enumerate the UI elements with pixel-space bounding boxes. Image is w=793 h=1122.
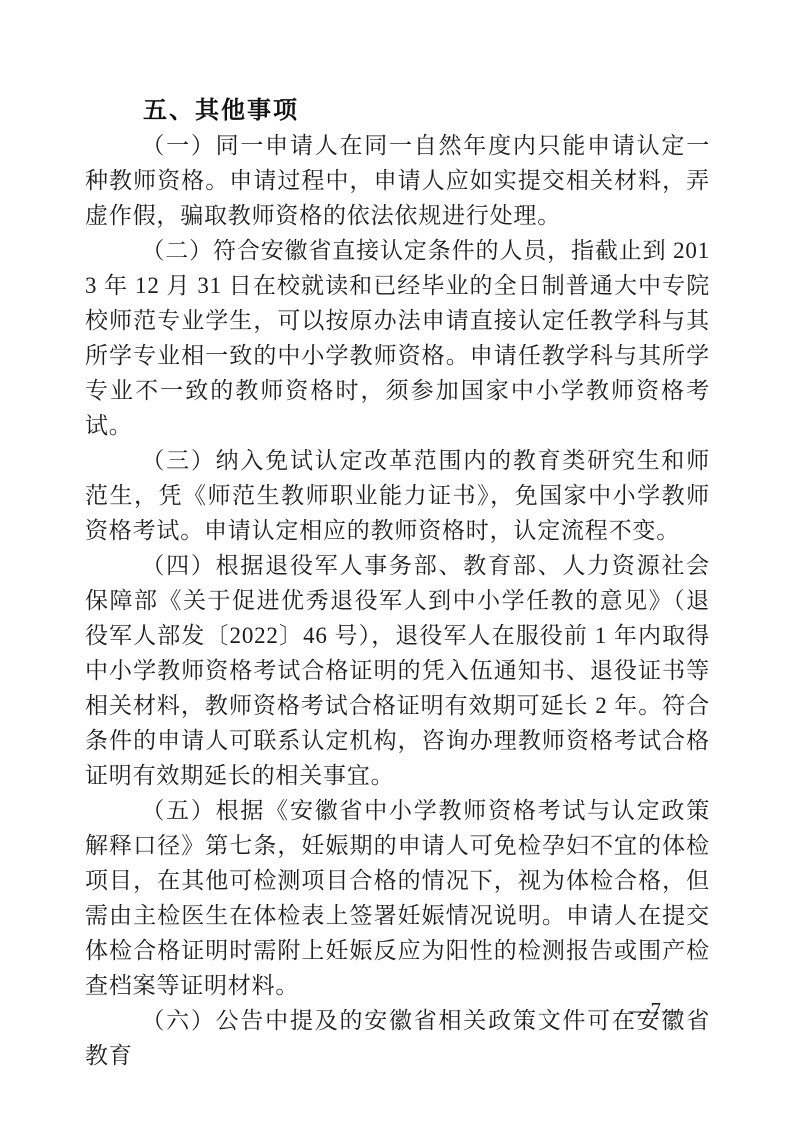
paragraph-item-5: （五）根据《安徽省中小学教师资格考试与认定政策解释口径》第七条，妊娠期的申请人可… [85, 793, 710, 1003]
page-number: —7— [629, 995, 685, 1025]
document-body: 五、其他事项 （一）同一申请人在同一自然年度内只能申请认定一种教师资格。申请过程… [85, 93, 710, 1073]
paragraph-item-4: （四）根据退役军人事务部、教育部、人力资源社会保障部《关于促进优秀退役军人到中小… [85, 548, 710, 793]
paragraph-item-2: （二）符合安徽省直接认定条件的人员，指截止到 2013 年 12 月 31 日在… [85, 233, 710, 443]
paragraph-item-6: （六）公告中提及的安徽省相关政策文件可在安徽省教育 [85, 1003, 710, 1073]
document-page: 五、其他事项 （一）同一申请人在同一自然年度内只能申请认定一种教师资格。申请过程… [0, 0, 793, 1122]
paragraph-item-3: （三）纳入免试认定改革范围内的教育类研究生和师范生，凭《师范生教师职业能力证书》… [85, 443, 710, 548]
section-heading: 五、其他事项 [85, 93, 710, 128]
paragraph-item-1: （一）同一申请人在同一自然年度内只能申请认定一种教师资格。申请过程中，申请人应如… [85, 128, 710, 233]
